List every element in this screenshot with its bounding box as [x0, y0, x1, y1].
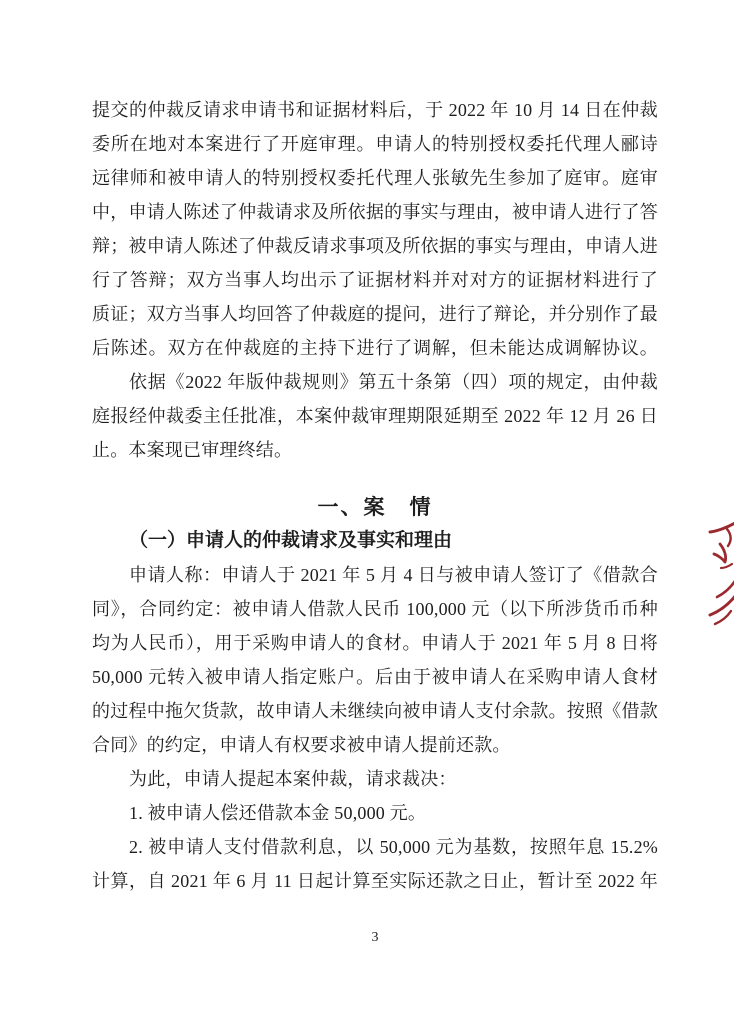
text-line: 2. 被申请人支付借款利息，以 50,000 元为基数，按照年息 15.2%: [92, 830, 658, 864]
section-heading: 一、案 情: [92, 490, 658, 524]
text-line: 辩；被申请人陈述了仲裁反请求事项及所依据的事实与理由，申请人进: [92, 229, 658, 263]
text-line: 中，申请人陈述了仲裁请求及所依据的事实与理由，被申请人进行了答: [92, 195, 658, 229]
text-line: 庭报经仲裁委主任批准，本案仲裁审理期限延期至 2022 年 12 月 26 日: [92, 399, 658, 433]
document-body: 提交的仲裁反请求申请书和证据材料后，于 2022 年 10 月 14 日在仲裁委…: [92, 93, 658, 898]
text-line: 委所在地对本案进行了开庭审理。申请人的特别授权委托代理人郦诗: [92, 127, 658, 161]
red-ink-mark-lower: [704, 577, 734, 629]
text-line: 1. 被申请人偿还借款本金 50,000 元。: [92, 796, 658, 830]
text-line: 行了答辩；双方当事人均出示了证据材料并对对方的证据材料进行了: [92, 263, 658, 297]
text-line: 依据《2022 年版仲裁规则》第五十条第（四）项的规定，由仲裁: [92, 365, 658, 399]
text-line: 申请人称：申请人于 2021 年 5 月 4 日与被申请人签订了《借款合: [92, 558, 658, 592]
red-ink-mark-upper: [702, 518, 734, 572]
text-line: 计算，自 2021 年 6 月 11 日起计算至实际还款之日止，暂计至 2022…: [92, 864, 658, 898]
text-line: 50,000 元转入被申请人指定账户。后由于被申请人在采购申请人食材: [92, 660, 658, 694]
page-number: 3: [92, 930, 658, 946]
text-line: 后陈述。双方在仲裁庭的主持下进行了调解，但未能达成调解协议。: [92, 331, 658, 365]
text-line: 止。本案现已审理终结。: [92, 433, 658, 467]
text-line: 远律师和被申请人的特别授权委托代理人张敏先生参加了庭审。庭审: [92, 161, 658, 195]
subsection-heading: （一）申请人的仲裁请求及事实和理由: [92, 524, 658, 558]
text-line: 提交的仲裁反请求申请书和证据材料后，于 2022 年 10 月 14 日在仲裁: [92, 93, 658, 127]
text-line: 均为人民币），用于采购申请人的食材。申请人于 2021 年 5 月 8 日将: [92, 626, 658, 660]
text-line: 质证；双方当事人均回答了仲裁庭的提问，进行了辩论，并分别作了最: [92, 297, 658, 331]
text-line: 合同》的约定，申请人有权要求被申请人提前还款。: [92, 728, 658, 762]
text-line: 为此，申请人提起本案仲裁，请求裁决：: [92, 762, 658, 796]
document-page: 提交的仲裁反请求申请书和证据材料后，于 2022 年 10 月 14 日在仲裁委…: [0, 0, 734, 1024]
text-line: 同》，合同约定：被申请人借款人民币 100,000 元（以下所涉货币币种: [92, 592, 658, 626]
text-line: 的过程中拖欠货款，故申请人未继续向被申请人支付余款。按照《借款: [92, 694, 658, 728]
